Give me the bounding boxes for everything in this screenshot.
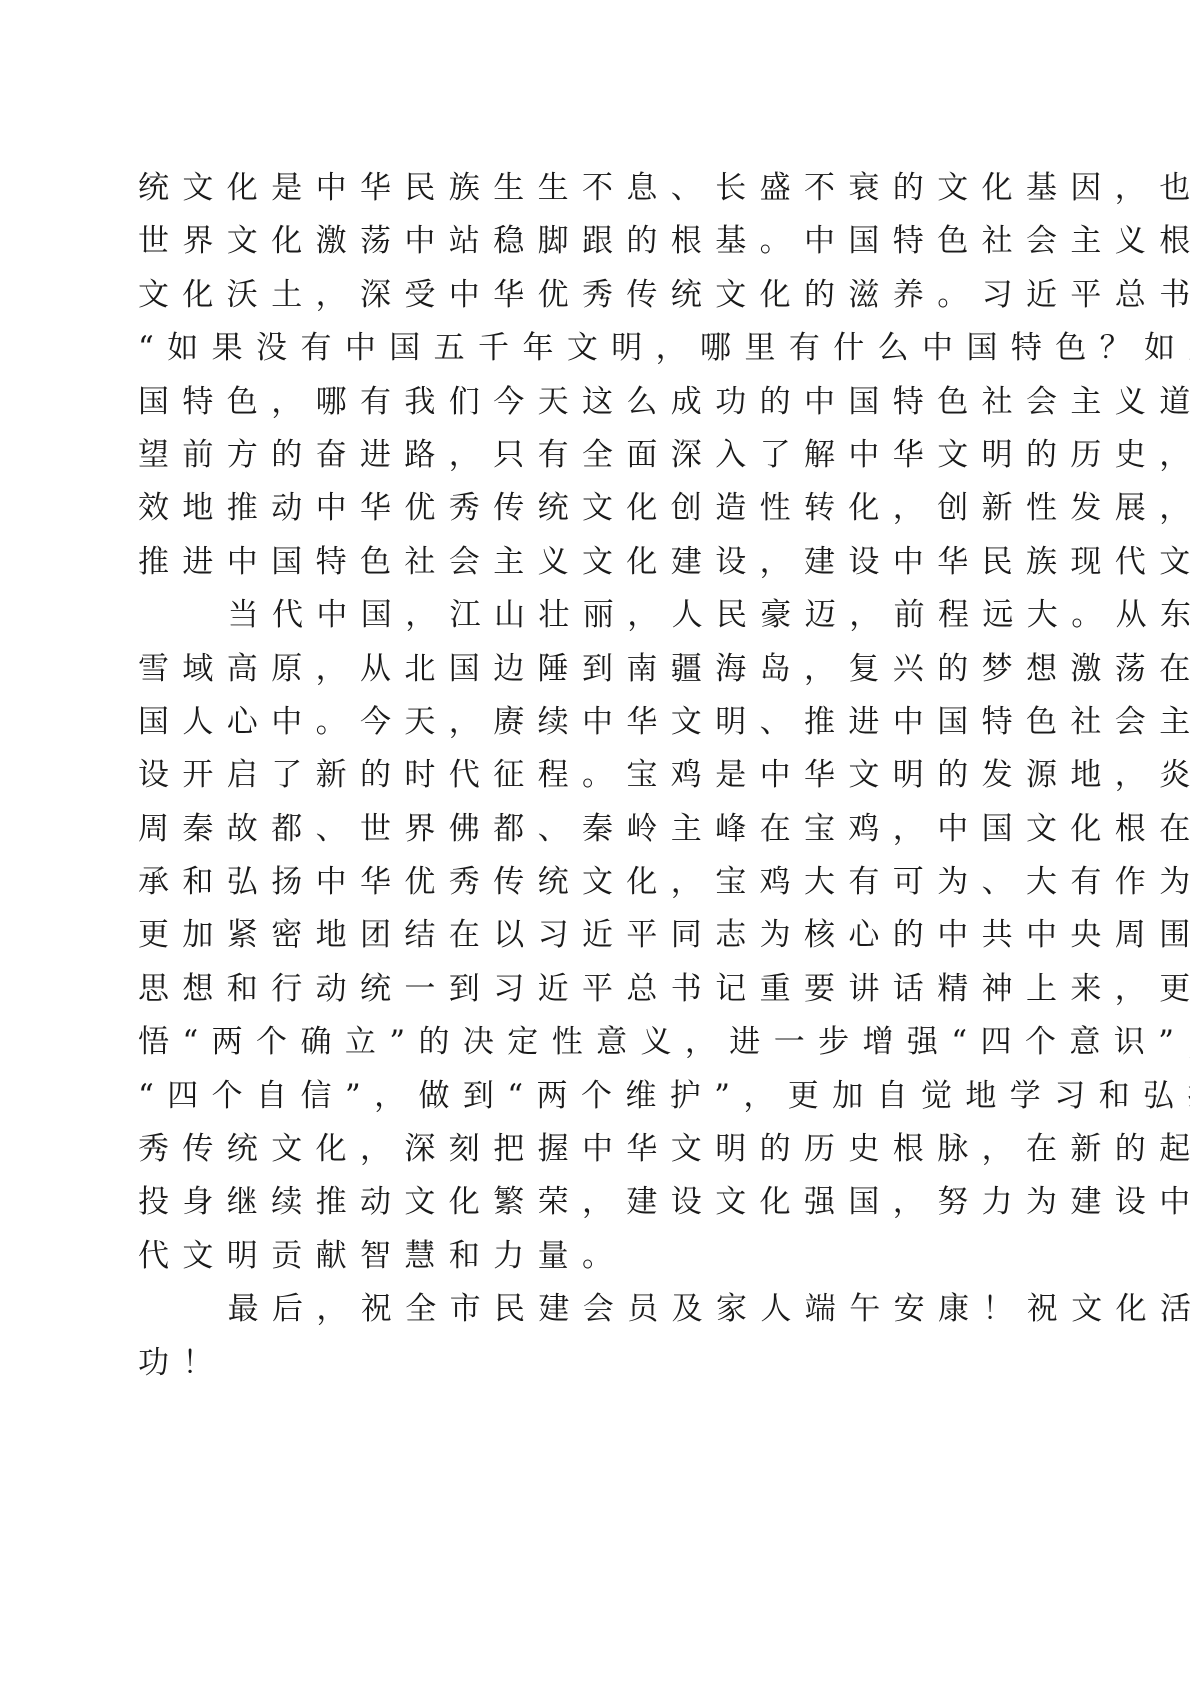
text-line: 国特色，哪有我们今天这么成功的中国特色社会主义道路？”眺 bbox=[138, 376, 998, 429]
text-line: 思想和行动统一到习近平总书记重要讲话精神上来，更加深刻领 bbox=[138, 963, 998, 1016]
text-line: 文化沃土，深受中华优秀传统文化的滋养。习近平总书记指出： bbox=[138, 269, 998, 322]
text-line: 统文化是中华民族生生不息、长盛不衰的文化基因，也是我们在 bbox=[138, 162, 998, 215]
text-line: 悟“两个确立”的决定性意义，进一步增强“四个意识”，坚定 bbox=[138, 1016, 998, 1069]
text-line: 更加紧密地团结在以习近平同志为核心的中共中央周围，切实把 bbox=[138, 909, 998, 962]
text-line: 雪域高原，从北国边陲到南疆海岛，复兴的梦想激荡在每一个中 bbox=[138, 643, 998, 696]
text-line: 秀传统文化，深刻把握中华文明的历史根脉，在新的起点上积极 bbox=[138, 1123, 998, 1176]
text-line: 周秦故都、世界佛都、秦岭主峰在宝鸡，中国文化根在宝鸡。传 bbox=[138, 803, 998, 856]
text-line: 望前方的奋进路，只有全面深入了解中华文明的历史，才能更有 bbox=[138, 429, 998, 482]
text-line: 设开启了新的时代征程。宝鸡是中华文明的发源地，炎帝故里、 bbox=[138, 749, 998, 802]
text-line: 当代中国，江山壮丽，人民豪迈，前程远大。从东海之滨到 bbox=[138, 589, 998, 642]
text-line: “四个自信”，做到“两个维护”，更加自觉地学习和弘扬中华优 bbox=[138, 1070, 998, 1123]
document-page: 统文化是中华民族生生不息、长盛不衰的文化基因，也是我们在 世界文化激荡中站稳脚跟… bbox=[138, 162, 998, 1390]
paragraph-3: 最后，祝全市民建会员及家人端午安康！祝文化活动圆满成 功！ bbox=[138, 1283, 998, 1390]
text-line: 效地推动中华优秀传统文化创造性转化，创新性发展，更有力地 bbox=[138, 482, 998, 535]
paragraph-1: 统文化是中华民族生生不息、长盛不衰的文化基因，也是我们在 世界文化激荡中站稳脚跟… bbox=[138, 162, 998, 589]
text-line: “如果没有中国五千年文明，哪里有什么中国特色？如果不是中 bbox=[138, 322, 998, 375]
text-line: 最后，祝全市民建会员及家人端午安康！祝文化活动圆满成 bbox=[138, 1283, 998, 1336]
text-line: 功！ bbox=[138, 1337, 998, 1390]
text-line: 推进中国特色社会主义文化建设，建设中华民族现代文明。 bbox=[138, 536, 998, 589]
text-line: 代文明贡献智慧和力量。 bbox=[138, 1230, 998, 1283]
text-line: 投身继续推动文化繁荣，建设文化强国，努力为建设中华民族现 bbox=[138, 1176, 998, 1229]
text-line: 国人心中。今天，赓续中华文明、推进中国特色社会主义文化建 bbox=[138, 696, 998, 749]
text-line: 世界文化激荡中站稳脚跟的根基。中国特色社会主义根植于中华 bbox=[138, 215, 998, 268]
text-line: 承和弘扬中华优秀传统文化，宝鸡大有可为、大有作为。我们要 bbox=[138, 856, 998, 909]
paragraph-2: 当代中国，江山壮丽，人民豪迈，前程远大。从东海之滨到 雪域高原，从北国边陲到南疆… bbox=[138, 589, 998, 1283]
